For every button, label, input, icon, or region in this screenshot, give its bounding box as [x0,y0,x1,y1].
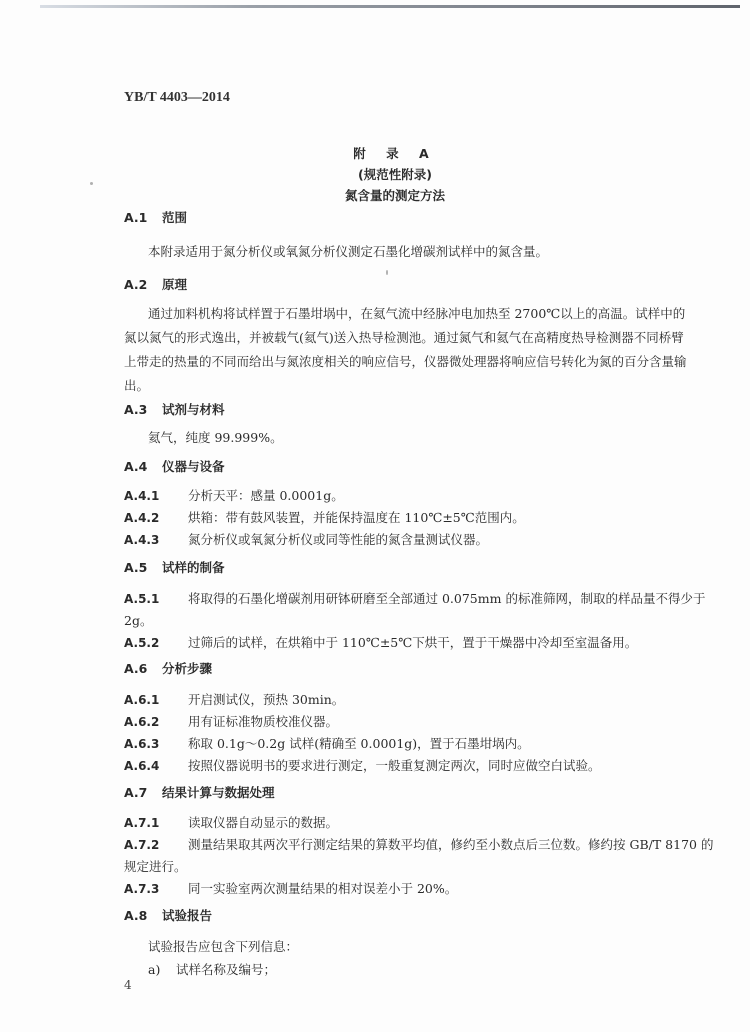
paragraph-line: 出。 [124,376,149,394]
clause-number: A.7.3 [124,882,188,896]
clause-continuation: 规定进行。 [124,857,187,875]
annex-type: (规范性附录) [0,165,750,183]
clause-text: 将取得的石墨化增碳剂用研钵研磨至全部通过 0.075mm 的标准筛网，制取的样品… [188,591,705,606]
section-title: 试验报告 [162,908,212,923]
section-number: A.5 [124,560,162,575]
clause-a6-4: A.6.4按照仪器说明书的要求进行测定，一般重复测定两次，同时应做空白试验。 [124,756,601,774]
scan-speck [386,270,388,275]
list-item-text: 试样名称及编号； [176,962,276,977]
paragraph-line: 通过加料机构将试样置于石墨坩埚中，在氦气流中经脉冲电加热至 2700℃以上的高温… [148,304,685,322]
paragraph: 试验报告应包含下列信息： [148,937,298,955]
section-number: A.6 [124,661,162,676]
paragraph-line: 氮以氮气的形式逸出，并被载气(氦气)送入热导检测池。通过氮气和氦气在高精度热导检… [124,328,684,346]
section-number: A.1 [124,210,162,225]
clause-number: A.5.1 [124,592,188,606]
section-number: A.7 [124,785,162,800]
clause-a7-1: A.7.1读取仪器自动显示的数据。 [124,813,338,831]
clause-text: 测量结果取其两次平行测定结果的算数平均值，修约至小数点后三位数。修约按 GB/T… [188,837,713,852]
clause-text: 分析天平：感量 0.0001g。 [188,488,344,503]
section-heading-a2: A.2原理 [124,275,187,293]
clause-number: A.6.1 [124,693,188,707]
clause-number: A.4.3 [124,533,188,547]
section-number: A.3 [124,402,162,417]
clause-text: 开启测试仪，预热 30min。 [188,692,344,707]
clause-number: A.4.1 [124,489,188,503]
clause-number: A.6.4 [124,759,188,773]
clause-text: 读取仪器自动显示的数据。 [188,815,338,830]
clause-number: A.6.3 [124,737,188,751]
paragraph: 氦气，纯度 99.999%。 [148,428,283,446]
clause-text: 称取 0.1g～0.2g 试样(精确至 0.0001g)，置于石墨坩埚内。 [188,736,530,751]
clause-number: A.4.2 [124,511,188,525]
clause-text: 过筛后的试样，在烘箱中于 110℃±5℃下烘干，置于干燥器中冷却至室温备用。 [188,635,637,650]
clause-a5-2: A.5.2过筛后的试样，在烘箱中于 110℃±5℃下烘干，置于干燥器中冷却至室温… [124,633,637,651]
section-heading-a6: A.6分析步骤 [124,659,212,677]
clause-number: A.6.2 [124,715,188,729]
section-heading-a5: A.5试样的制备 [124,558,225,576]
scan-edge [40,5,740,8]
section-title: 分析步骤 [162,661,212,676]
clause-a4-1: A.4.1分析天平：感量 0.0001g。 [124,486,344,504]
section-number: A.4 [124,459,162,474]
clause-number: A.7.2 [124,838,188,852]
section-heading-a3: A.3试剂与材料 [124,400,225,418]
annex-title: 附 录 A [0,144,750,162]
annex-name: 氮含量的测定方法 [0,186,750,204]
section-heading-a7: A.7结果计算与数据处理 [124,783,275,801]
standard-code: YB/T 4403—2014 [124,90,230,106]
clause-a7-3: A.7.3同一实验室两次测量结果的相对误差小于 20%。 [124,879,457,897]
clause-continuation: 2g。 [124,611,152,629]
section-heading-a8: A.8试验报告 [124,906,212,924]
clause-a4-2: A.4.2烘箱：带有鼓风装置，并能保持温度在 110℃±5℃范围内。 [124,508,525,526]
section-title: 试样的制备 [162,560,225,575]
paragraph-line: 上带走的热量的不同而给出与氮浓度相关的响应信号，仪器微处理器将响应信号转化为氮的… [124,352,687,370]
section-number: A.8 [124,908,162,923]
clause-a4-3: A.4.3氮分析仪或氧氮分析仪或同等性能的氮含量测试仪器。 [124,530,488,548]
section-title: 结果计算与数据处理 [162,785,275,800]
clause-number: A.7.1 [124,816,188,830]
clause-text: 按照仪器说明书的要求进行测定，一般重复测定两次，同时应做空白试验。 [188,758,601,773]
list-item: a)试样名称及编号； [148,960,276,978]
paragraph: 本附录适用于氮分析仪或氧氮分析仪测定石墨化增碳剂试样中的氮含量。 [148,242,548,260]
clause-a7-2: A.7.2测量结果取其两次平行测定结果的算数平均值，修约至小数点后三位数。修约按… [124,835,713,853]
section-title: 原理 [162,277,187,292]
section-title: 试剂与材料 [162,402,225,417]
section-title: 范围 [162,210,187,225]
page-number: 4 [124,978,132,992]
clause-text: 氮分析仪或氧氮分析仪或同等性能的氮含量测试仪器。 [188,532,488,547]
section-heading-a4: A.4仪器与设备 [124,457,225,475]
section-heading-a1: A.1范围 [124,208,187,226]
clause-text: 用有证标准物质校准仪器。 [188,714,338,729]
list-marker: a) [148,962,176,977]
section-number: A.2 [124,277,162,292]
section-title: 仪器与设备 [162,459,225,474]
clause-number: A.5.2 [124,636,188,650]
clause-text: 烘箱：带有鼓风装置，并能保持温度在 110℃±5℃范围内。 [188,510,525,525]
clause-a5-1: A.5.1将取得的石墨化增碳剂用研钵研磨至全部通过 0.075mm 的标准筛网，… [124,589,705,607]
clause-a6-3: A.6.3称取 0.1g～0.2g 试样(精确至 0.0001g)，置于石墨坩埚… [124,734,530,752]
clause-a6-2: A.6.2用有证标准物质校准仪器。 [124,712,338,730]
clause-text: 同一实验室两次测量结果的相对误差小于 20%。 [188,881,457,896]
clause-a6-1: A.6.1开启测试仪，预热 30min。 [124,690,344,708]
